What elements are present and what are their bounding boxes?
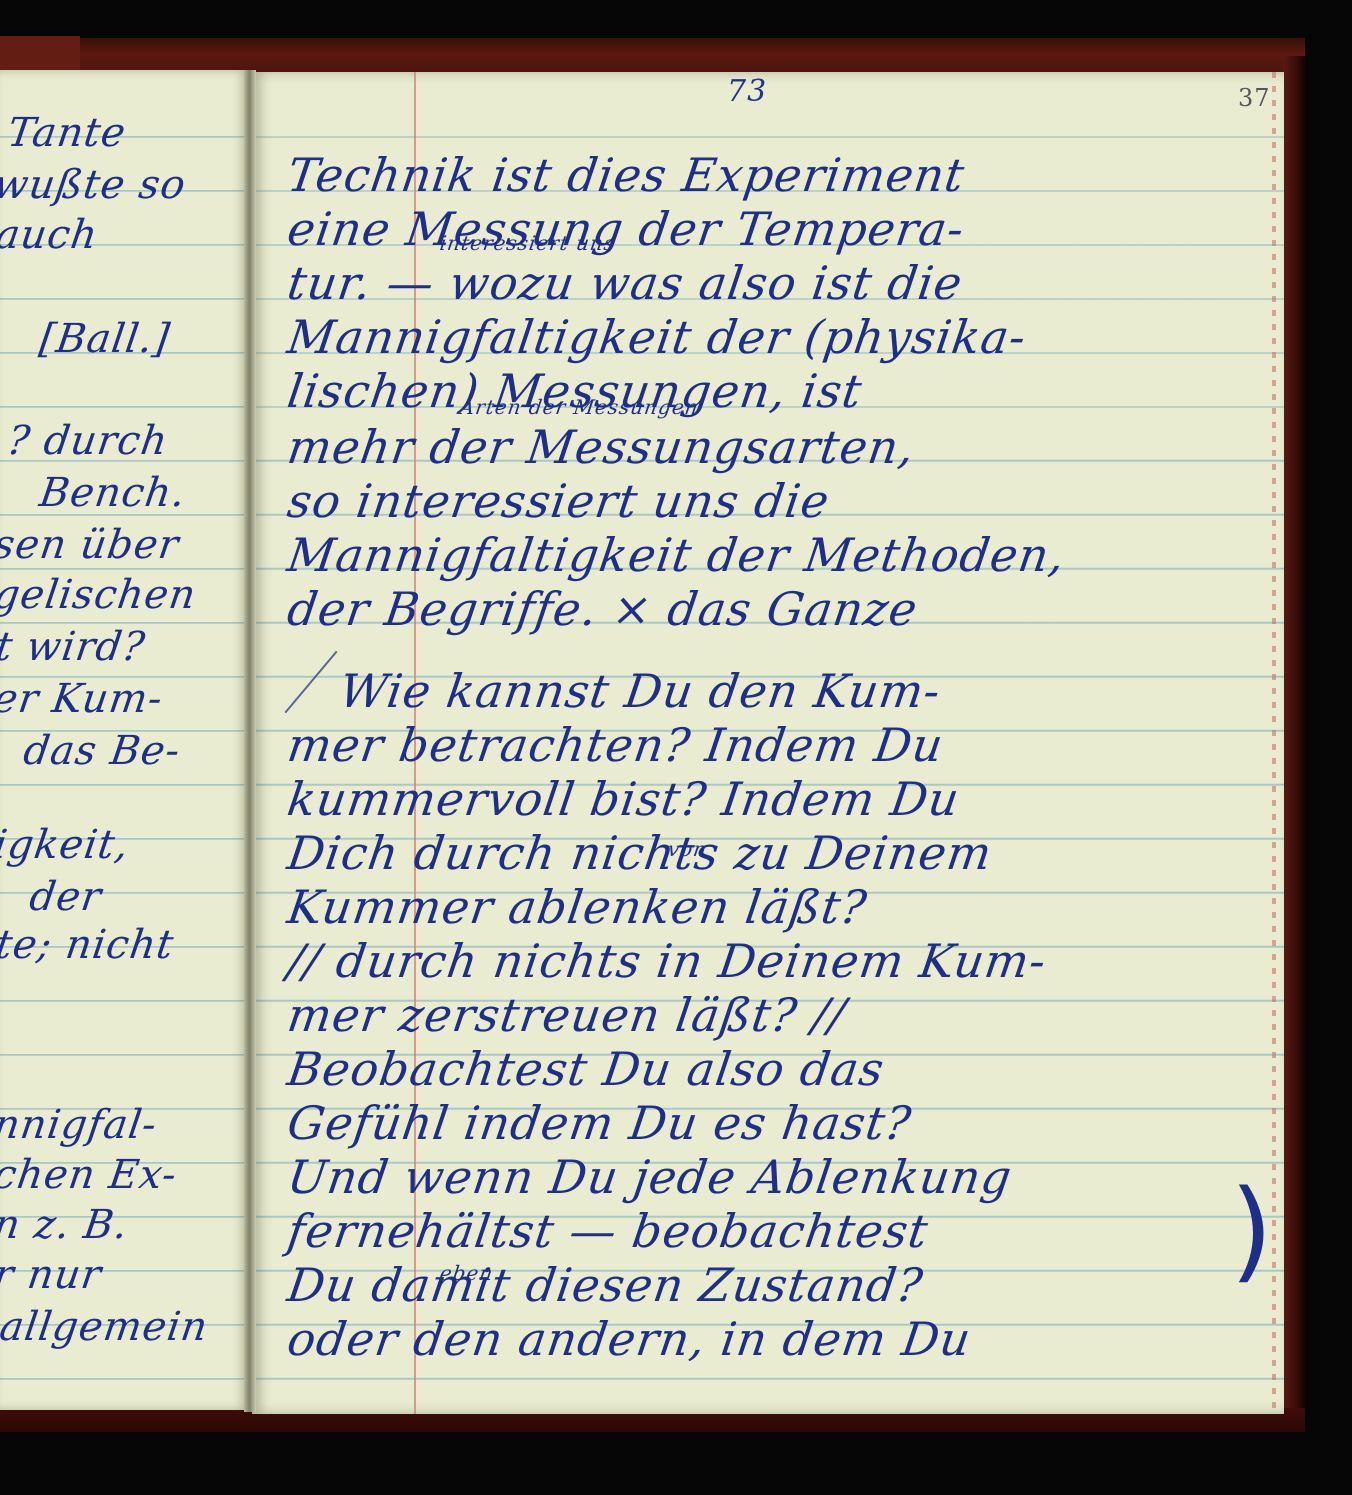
text-line: Mannigfaltigkeit der Methoden, xyxy=(284,528,1069,582)
left-line: t wird? xyxy=(0,620,149,674)
text-line: fernehältst — beobachtest xyxy=(284,1204,932,1258)
left-line: n z. B. xyxy=(0,1198,132,1252)
left-line: das Be- xyxy=(20,724,184,778)
text-line: Mannigfaltigkeit der (physika- xyxy=(284,310,1030,364)
left-line: der xyxy=(26,870,105,924)
cover-corner-left xyxy=(0,36,80,74)
text-line: tur. — wozu was also ist die xyxy=(284,256,966,310)
left-line: allgemein xyxy=(0,1300,212,1354)
left-line: [Ball.] xyxy=(36,312,173,366)
left-line: gelischen xyxy=(0,568,200,622)
text-line: Und wenn Du jede Ablenkung xyxy=(284,1150,1015,1204)
text-line: Kummer ablenken läßt? xyxy=(284,880,870,934)
text-line: Wie kannst Du den Kum- xyxy=(336,664,944,718)
left-line: Tante xyxy=(4,106,130,160)
text-line: kummervoll bist? Indem Du xyxy=(284,772,963,826)
left-line: te; nicht xyxy=(0,918,178,972)
text-line: mer zerstreuen läßt? // xyxy=(284,988,850,1042)
text-line: oder den andern, in dem Du xyxy=(284,1312,974,1366)
text-line: Du damit diesen Zustand? xyxy=(284,1258,926,1312)
book-gutter xyxy=(244,70,256,1412)
left-line: wußte so xyxy=(0,158,190,212)
text-line: Technik ist dies Experiment xyxy=(284,148,968,202)
page-number-pencil: 37 xyxy=(1238,84,1271,112)
text-line: der Begriffe. × das Ganze xyxy=(284,582,921,636)
interlinear-insert: Arten der Messungen xyxy=(458,396,700,418)
interlinear-insert: von xyxy=(666,838,708,860)
left-line: r nur xyxy=(0,1248,105,1302)
interlinear-insert: interessiert uns xyxy=(438,232,616,254)
left-line: sen über xyxy=(0,518,183,572)
left-line: igkeit, xyxy=(0,818,133,872)
text-line: mer betrachten? Indem Du xyxy=(284,718,947,772)
cover-edge-right xyxy=(1283,56,1305,1426)
page-number-ink: 73 xyxy=(727,74,767,109)
left-line: auch xyxy=(0,208,102,262)
left-line: Bench. xyxy=(36,466,189,520)
interlinear-insert: eben xyxy=(438,1262,494,1284)
margin-brace: ) xyxy=(1230,1175,1273,1285)
text-line: eine Messung der Tempera- xyxy=(284,202,968,256)
text-line: mehr der Messungsarten, xyxy=(284,420,918,474)
left-line: chen Ex- xyxy=(0,1148,181,1202)
text-line: Dich durch nichts zu Deinem xyxy=(284,826,995,880)
left-line: nnigfal- xyxy=(0,1098,161,1152)
text-line: Beobachtest Du also das xyxy=(284,1042,888,1096)
text-line: so interessiert uns die xyxy=(284,474,833,528)
text-line: Gefühl indem Du es hast? xyxy=(284,1096,915,1150)
text-line: // durch nichts in Deinem Kum- xyxy=(284,934,1050,988)
left-line: er Kum- xyxy=(0,672,167,726)
cover-edge-top xyxy=(0,38,1305,74)
left-line: ? durch xyxy=(4,414,171,468)
